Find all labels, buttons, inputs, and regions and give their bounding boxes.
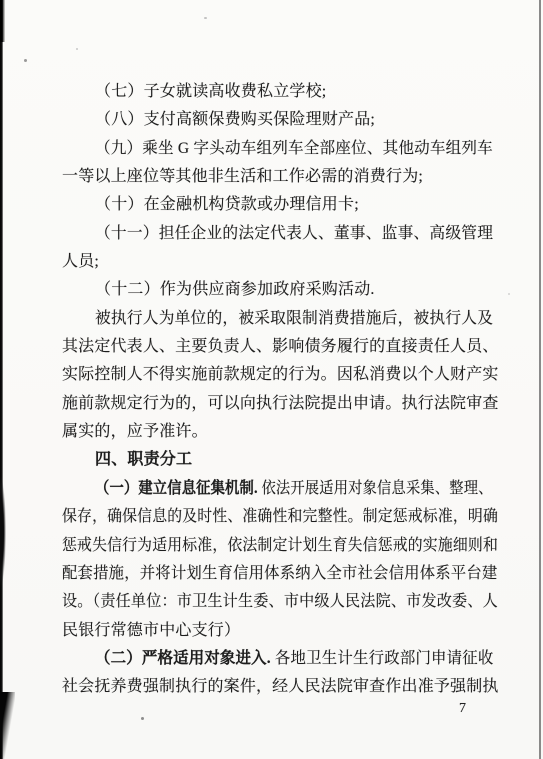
text-line-content: 保存，确保信息的及时性、准确性和完整性。制定惩戒标准，明确 bbox=[62, 503, 498, 531]
text-line: 设。（责任单位：市卫生计生委、市中级人民法院、市发改委、人 bbox=[62, 588, 492, 616]
text-line-content: （七）子女就读高收费私立学校; bbox=[95, 78, 326, 106]
text-line: 四、职责分工 bbox=[62, 446, 492, 474]
scan-page: （七）子女就读高收费私立学校;（八）支付高额保费购买保险理财产品;（九）乘坐 G… bbox=[0, 0, 543, 759]
scan-artifact-right-edge bbox=[539, 0, 541, 759]
text-run: 被执行人为单位的，被采取限制消费措施后，被执行人及 bbox=[95, 310, 493, 327]
text-line-content: （十一）担任企业的法定代表人、董事、监事、高级管理 bbox=[95, 220, 493, 248]
text-line: 被执行人为单位的，被采取限制消费措施后，被执行人及 bbox=[62, 305, 492, 333]
text-run: 一等以上座位等其他非生活和工作必需的消费行为; bbox=[62, 168, 423, 185]
text-line: 一等以上座位等其他非生活和工作必需的消费行为; bbox=[62, 163, 492, 191]
text-run: 惩戒失信行为适用标准，依法制定计划生育失信惩戒的实施细则和 bbox=[62, 537, 498, 554]
text-line: 社会抚养费强制执行的案件，经人民法院审查作出准予强制执 bbox=[62, 673, 492, 701]
page-number: 7 bbox=[459, 699, 479, 719]
text-run: 人员; bbox=[62, 253, 99, 270]
paper-speck bbox=[76, 48, 78, 50]
text-line: 人员; bbox=[62, 248, 492, 276]
text-line-content: 实际控制人不得实施前款规定的行为。因私消费以个人财产实 bbox=[62, 361, 499, 389]
text-line-content: 设。（责任单位：市卫生计生委、市中级人民法院、市发改委、人 bbox=[62, 588, 498, 616]
text-line-content: 四、职责分工 bbox=[95, 446, 192, 474]
paper-speck bbox=[508, 293, 510, 295]
text-line-content: 属实的，应予准许。 bbox=[62, 418, 208, 446]
text-line: （十）在金融机构贷款或办理信用卡; bbox=[62, 191, 492, 219]
text-line-content: 社会抚养费强制执行的案件，经人民法院审查作出准予强制执 bbox=[62, 673, 499, 701]
bold-text-run: （二）严格适用对象进入. bbox=[95, 650, 271, 667]
paper-speck bbox=[141, 717, 144, 720]
text-run: （九）乘坐 G 字头动车组列车全部座位、其他动车组列车 bbox=[95, 140, 493, 157]
text-line-content: （十二）作为供应商参加政府采购活动. bbox=[95, 276, 375, 304]
text-run: 实际控制人不得实施前款规定的行为。因私消费以个人财产实 bbox=[62, 366, 499, 383]
text-line: （二）严格适用对象进入. 各地卫生计生行政部门申请征收 bbox=[62, 645, 492, 673]
bold-text-run: 四、职责分工 bbox=[95, 451, 192, 468]
text-line-content: （八）支付高额保费购买保险理财产品; bbox=[95, 106, 375, 134]
text-line: （八）支付高额保费购买保险理财产品; bbox=[62, 106, 492, 134]
document-text: （七）子女就读高收费私立学校;（八）支付高额保费购买保险理财产品;（九）乘坐 G… bbox=[62, 78, 492, 702]
bold-text-run: （一）建立信息征集机制. bbox=[95, 480, 258, 497]
text-line-content: 施前款规定行为的，可以向执行法院提出申请。执行法院审查 bbox=[62, 390, 499, 418]
text-run: （十一）担任企业的法定代表人、董事、监事、高级管理 bbox=[95, 225, 493, 242]
text-run: （八）支付高额保费购买保险理财产品; bbox=[95, 111, 375, 128]
text-line: 民银行常德市中心支行） bbox=[62, 617, 492, 645]
text-run: 各地卫生计生行政部门申请征收 bbox=[271, 650, 494, 667]
text-run: 保存，确保信息的及时性、准确性和完整性。制定惩戒标准，明确 bbox=[62, 508, 498, 525]
text-run: 属实的，应予准许。 bbox=[62, 423, 208, 440]
text-run: 社会抚养费强制执行的案件，经人民法院审查作出准予强制执 bbox=[62, 678, 499, 695]
text-run: 设。（责任单位：市卫生计生委、市中级人民法院、市发改委、人 bbox=[62, 593, 498, 610]
text-line: 保存，确保信息的及时性、准确性和完整性。制定惩戒标准，明确 bbox=[62, 503, 492, 531]
paper-speck bbox=[204, 17, 207, 19]
text-line: （九）乘坐 G 字头动车组列车全部座位、其他动车组列车 bbox=[62, 135, 492, 163]
text-line: 实际控制人不得实施前款规定的行为。因私消费以个人财产实 bbox=[62, 361, 492, 389]
text-run: 配套措施，并将计划生育信用体系纳入全市社会信用体系平台建 bbox=[62, 565, 497, 582]
text-line-content: 一等以上座位等其他非生活和工作必需的消费行为; bbox=[62, 163, 423, 191]
scan-artifact-left-edge bbox=[0, 0, 3, 759]
scan-artifact-left-edge-top bbox=[0, 0, 5, 42]
text-line-content: 其法定代表人、主要负责人、影响债务履行的直接责任人员、 bbox=[62, 333, 499, 361]
text-line: 配套措施，并将计划生育信用体系纳入全市社会信用体系平台建 bbox=[62, 560, 492, 588]
text-run: （十）在金融机构贷款或办理信用卡; bbox=[95, 196, 359, 213]
text-line: 属实的，应予准许。 bbox=[62, 418, 492, 446]
scan-artifact-binding-smudge bbox=[0, 462, 11, 602]
text-line: 其法定代表人、主要负责人、影响债务履行的直接责任人员、 bbox=[62, 333, 492, 361]
text-run: 民银行常德市中心支行） bbox=[62, 622, 240, 639]
text-line: （十二）作为供应商参加政府采购活动. bbox=[62, 276, 492, 304]
text-line: 惩戒失信行为适用标准，依法制定计划生育失信惩戒的实施细则和 bbox=[62, 532, 492, 560]
text-line: （一）建立信息征集机制. 依法开展适用对象信息采集、整理、 bbox=[62, 475, 492, 503]
text-run: （十二）作为供应商参加政府采购活动. bbox=[95, 281, 375, 298]
text-line-content: 配套措施，并将计划生育信用体系纳入全市社会信用体系平台建 bbox=[62, 560, 497, 588]
text-line-content: （十）在金融机构贷款或办理信用卡; bbox=[95, 191, 359, 219]
text-line: （十一）担任企业的法定代表人、董事、监事、高级管理 bbox=[62, 220, 492, 248]
text-line-content: （一）建立信息征集机制. 依法开展适用对象信息采集、整理、 bbox=[95, 475, 493, 503]
text-line: （七）子女就读高收费私立学校; bbox=[62, 78, 492, 106]
text-line-content: （二）严格适用对象进入. 各地卫生计生行政部门申请征收 bbox=[95, 645, 494, 673]
text-line-content: 惩戒失信行为适用标准，依法制定计划生育失信惩戒的实施细则和 bbox=[62, 532, 498, 560]
text-run: 依法开展适用对象信息采集、整理、 bbox=[258, 480, 493, 497]
text-line: 施前款规定行为的，可以向执行法院提出申请。执行法院审查 bbox=[62, 390, 492, 418]
text-run: 施前款规定行为的，可以向执行法院提出申请。执行法院审查 bbox=[62, 395, 499, 412]
text-run: 其法定代表人、主要负责人、影响债务履行的直接责任人员、 bbox=[62, 338, 499, 355]
scan-artifact-corner bbox=[0, 692, 15, 759]
text-line-content: 被执行人为单位的，被采取限制消费措施后，被执行人及 bbox=[95, 305, 493, 333]
text-run: （七）子女就读高收费私立学校; bbox=[95, 83, 326, 100]
text-line-content: 民银行常德市中心支行） bbox=[62, 617, 240, 645]
paper-speck bbox=[24, 59, 27, 62]
text-line-content: 人员; bbox=[62, 248, 99, 276]
text-line-content: （九）乘坐 G 字头动车组列车全部座位、其他动车组列车 bbox=[95, 135, 493, 163]
